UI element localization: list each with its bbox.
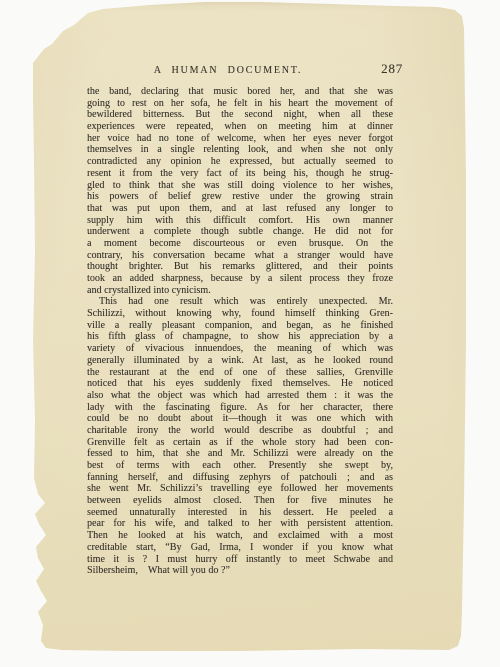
text-line: time it is ? I must hurry off instantly … (87, 554, 393, 566)
text-line: his powers of belief grew restive under … (87, 191, 393, 203)
text-line: her voice had no tone of welcome, when h… (87, 133, 393, 145)
text-line: contrary, his conversation became what a… (87, 250, 393, 262)
text-line: This had one result which was entirely u… (87, 296, 393, 308)
text-line: contradicted any opinion he expressed, b… (87, 156, 393, 168)
text-line: between eyelids almost closed. Then for … (87, 495, 393, 507)
text-line: generally illuminated by a wink. At last… (87, 355, 393, 367)
text-line: Then he looked at his watch, and exclaim… (87, 530, 393, 542)
text-line: charitable irony the world would describ… (87, 425, 393, 437)
text-line: also what the object was which had arres… (87, 390, 393, 402)
text-line: gled to think that she was still doing v… (87, 180, 393, 192)
text-line: a moment become discourteous or even bru… (87, 238, 393, 250)
text-line: his fifth glass of champagne, to show hi… (87, 331, 393, 343)
text-line: could be no doubt about it—though it was… (87, 413, 393, 425)
page-sheet: A HUMAN DOCUMENT. 287 the band, declarin… (0, 0, 500, 667)
text-line: thought brighter. But his remarks glitte… (87, 261, 393, 273)
text-line: took an added sharpness, because by a si… (87, 273, 393, 285)
text-line: noticed that his eyes suddenly fixed the… (87, 378, 393, 390)
text-line: best of terms with each other. Presently… (87, 460, 393, 472)
text-line: bewildered bitterness. But the second ni… (87, 109, 393, 121)
body-text: the band, declaring that music bored her… (87, 86, 393, 577)
text-line: themselves in a single relenting look, a… (87, 144, 393, 156)
text-line: the band, declaring that music bored her… (87, 86, 393, 98)
text-line: underwent a complete though subtle chang… (87, 226, 393, 238)
page-number: 287 (381, 61, 403, 77)
running-header: A HUMAN DOCUMENT. 287 (87, 63, 393, 79)
text-line: resent it from the very fact of its bein… (87, 168, 393, 180)
text-line: experiences were repeated, when on meeti… (87, 121, 393, 133)
text-line: supply him with this difficult comfort. … (87, 215, 393, 227)
header-title: A HUMAN DOCUMENT. (75, 63, 381, 76)
scanned-book-page: A HUMAN DOCUMENT. 287 the band, declarin… (0, 0, 500, 667)
text-line: the restaurant at the end of one of thes… (87, 367, 393, 379)
text-line: creditable start, “By Gad, Irma, I wonde… (87, 542, 393, 554)
text-line: fessed to him, that she and Mr. Schilizz… (87, 448, 393, 460)
text-line: Silbersheim, What will you do ?” (87, 565, 393, 577)
text-line: she went Mr. Schilizzi’s travelling eye … (87, 483, 393, 495)
text-line: that was put upon them, and at last refu… (87, 203, 393, 215)
text-line: lady with the fascinating figure. As for… (87, 402, 393, 414)
text-line: going to rest on her sofa, he felt in hi… (87, 98, 393, 110)
text-line: Grenville felt as certain as if the whol… (87, 437, 393, 449)
text-line: seemed unnaturally interested in his des… (87, 507, 393, 519)
text-line: pear for his wife, and talked to her wit… (87, 518, 393, 530)
text-line: fanning herself, and diffusing zephyrs o… (87, 472, 393, 484)
text-line: variety of vivacious innuendoes, the mea… (87, 343, 393, 355)
text-line: and crystallized into cynicism. (87, 285, 393, 297)
text-line: ville a really pleasant companion, and b… (87, 320, 393, 332)
text-line: Schilizzi, without knowing why, found hi… (87, 308, 393, 320)
